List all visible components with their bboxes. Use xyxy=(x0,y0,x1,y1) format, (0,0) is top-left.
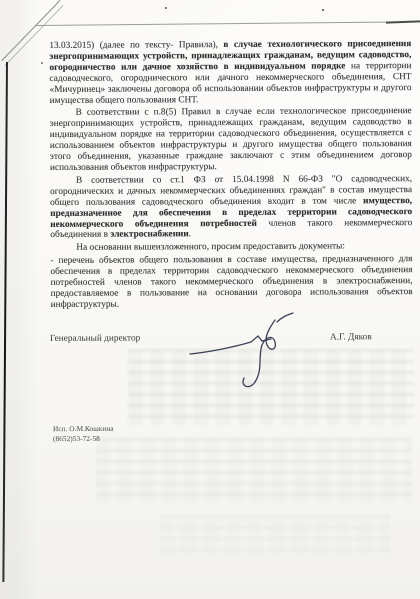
bleedthrough-artifact xyxy=(96,438,412,504)
handwritten-signature xyxy=(178,312,328,410)
scanned-page: 13.03.2015) (далее по тексту- Правила), … xyxy=(0,0,420,599)
bleedthrough-artifact xyxy=(160,515,390,555)
text-segment: В соответствии со ст.1 ФЗ от 15.04.1998 … xyxy=(50,174,412,208)
paragraph: В соответствии с п.8(5) Правил в случае … xyxy=(50,106,412,173)
text-segment: На основании вышеизложенного, просим пре… xyxy=(76,242,345,253)
paragraph: На основании вышеизложенного, просим пре… xyxy=(50,241,412,254)
paragraph: В соответствии со ст.1 ФЗ от 15.04.1998 … xyxy=(50,174,412,241)
executor-name: Исп. О.М.Кошкина xyxy=(53,424,114,434)
paper-top-edge-dark xyxy=(386,20,420,23)
scan-speck xyxy=(322,9,324,11)
bold-text-segment: электроснабжении xyxy=(110,230,188,240)
paragraph: - перечень объектов общего пользования в… xyxy=(50,254,412,310)
executor-phone: (8652)53-72-58 xyxy=(53,433,114,443)
signer-name: А.Г. Дяков xyxy=(330,332,372,342)
paragraph: 13.03.2015) (далее по тексту- Правила), … xyxy=(49,39,411,106)
paper-top-edge xyxy=(36,21,420,26)
text-segment: . xyxy=(189,230,191,240)
scan-speck xyxy=(41,62,43,64)
text-segment: В соответствии с п.8(5) Правил в случае … xyxy=(50,106,412,172)
text-segment: 13.03.2015) (далее по тексту- Правила), xyxy=(49,40,223,51)
signer-position-label: Генеральный директор xyxy=(50,333,140,343)
text-segment: - перечень объектов общего пользования в… xyxy=(50,254,412,310)
executor-block: Исп. О.М.Кошкина (8652)53-72-58 xyxy=(53,424,114,444)
scan-edge-line xyxy=(2,62,8,582)
scan-speck xyxy=(165,7,167,9)
document-paragraphs: 13.03.2015) (далее по тексту- Правила), … xyxy=(49,39,412,313)
